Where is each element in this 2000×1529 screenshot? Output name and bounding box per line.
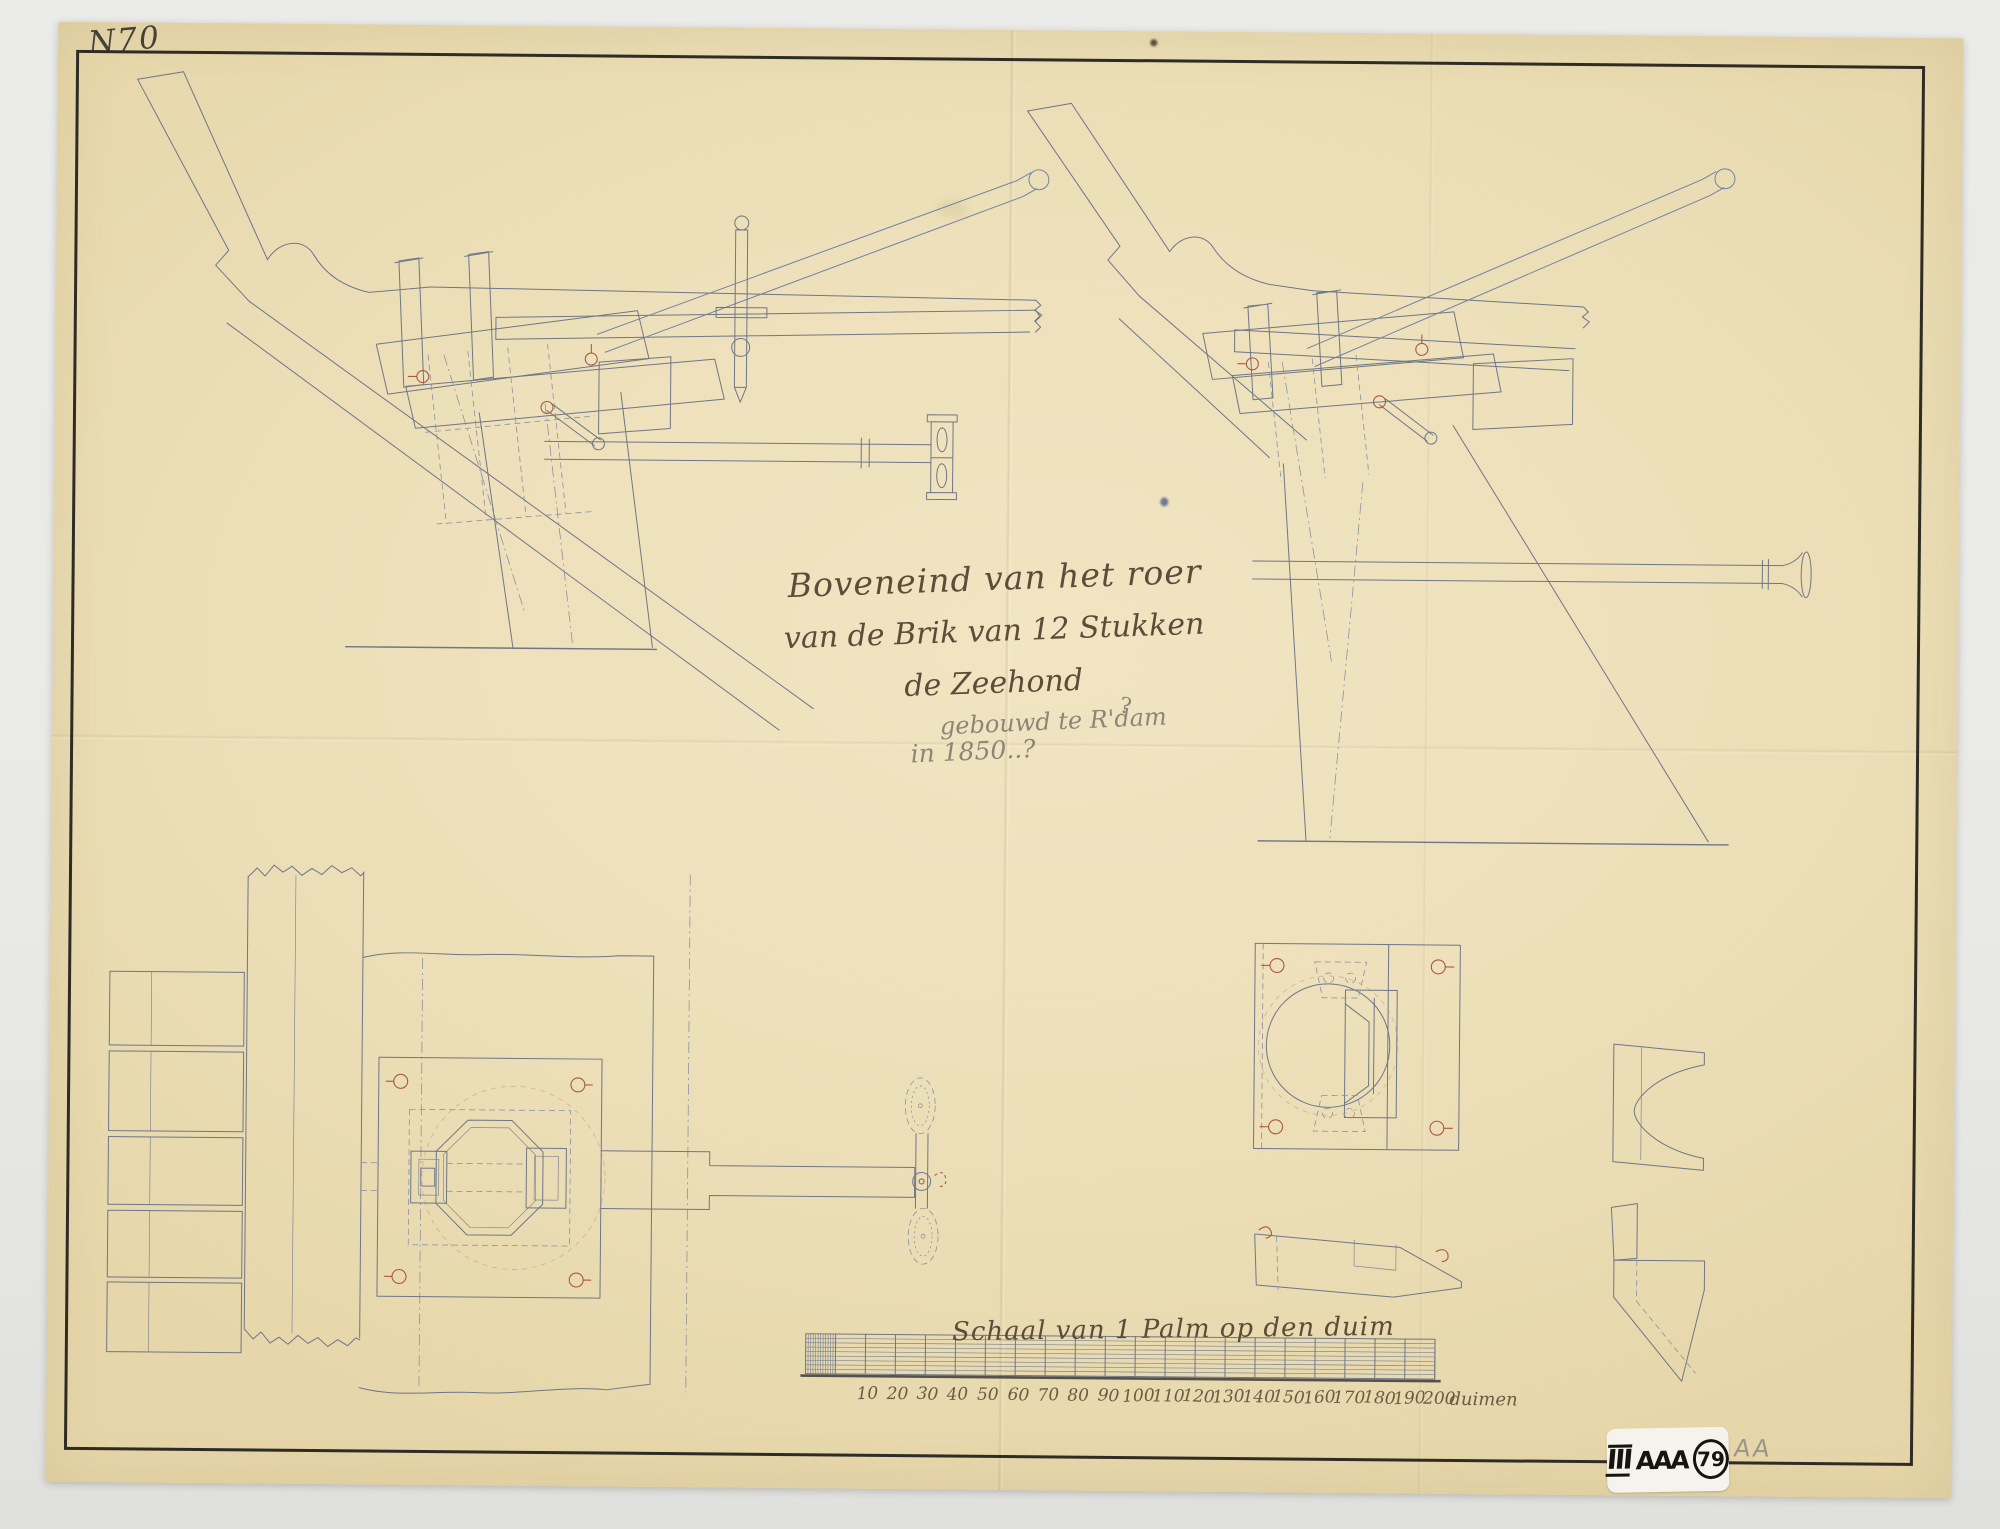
- stamp-circled-number: 79: [1693, 1439, 1730, 1480]
- scale-caption: Schaal van 1 Palm op den duim: [952, 1312, 1395, 1347]
- scale-unit-label: duimen: [1449, 1389, 1517, 1411]
- ink-speck: [1150, 39, 1157, 46]
- title-line-1: Boveneind van het roer: [774, 551, 1215, 605]
- scanned-drawing-photo: N70: [0, 0, 2000, 1529]
- detail-stepped-section: [1610, 1203, 1705, 1381]
- plan-view: [106, 864, 948, 1398]
- pencil-annotation-aa: AA: [1732, 1434, 1774, 1462]
- archive-sticker: III AAA 79: [1606, 1427, 1729, 1493]
- paper-sheet: N70: [46, 22, 1964, 1499]
- detail-bearing-plate: [1253, 943, 1460, 1150]
- detail-wedge-chock: [1254, 1227, 1462, 1298]
- title-line-3: de Zeehond: [773, 658, 1214, 708]
- title-line-2: van de Brik van 12 Stukken: [774, 606, 1215, 656]
- detail-half-round-chock: [1613, 1044, 1705, 1170]
- title-block: Boveneind van het roer van de Brik van 1…: [773, 557, 1215, 768]
- stamp-letters: AAA: [1635, 1445, 1689, 1475]
- border-frame: Boveneind van het roer van de Brik van 1…: [64, 50, 1925, 1466]
- stamp-roman-numeral: III: [1606, 1445, 1633, 1477]
